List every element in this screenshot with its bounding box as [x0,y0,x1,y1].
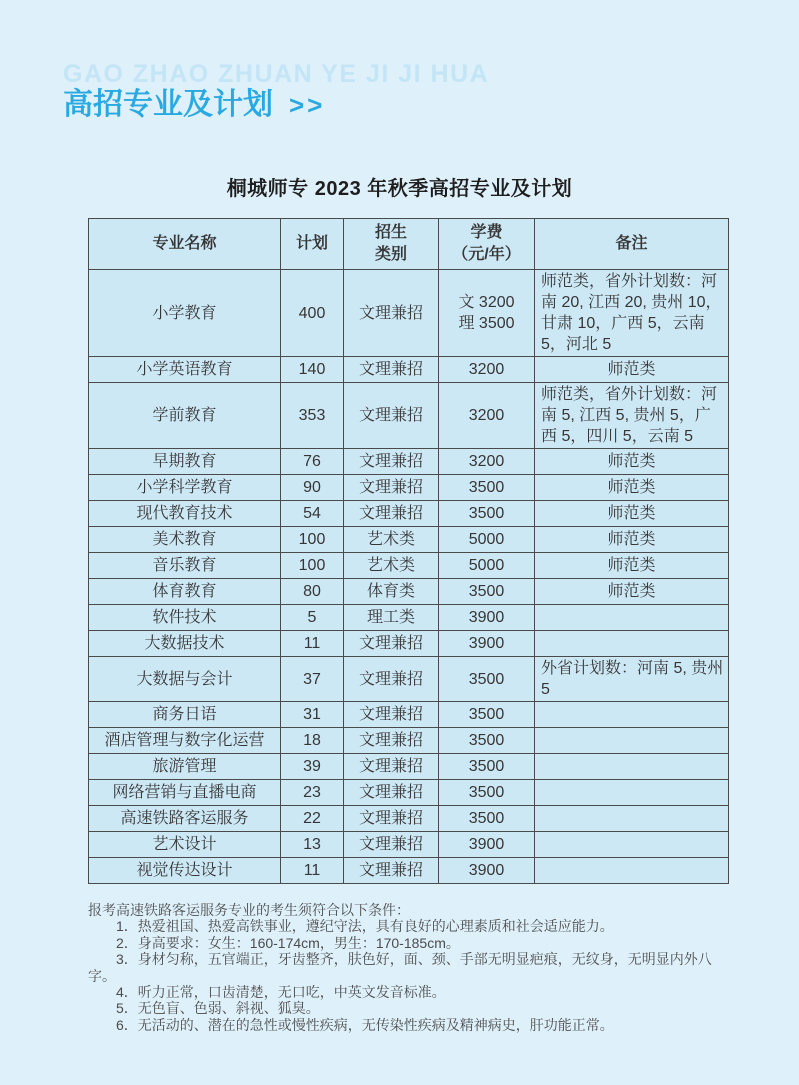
cell-enroll-category: 文理兼招 [344,702,439,728]
cell-major-name: 美术教育 [89,527,281,553]
table-header-row: 专业名称 计划 招生 类别 学费 （元/年） 备注 [89,219,729,270]
cell-enroll-category: 文理兼招 [344,449,439,475]
cell-plan-count: 400 [281,270,344,357]
cell-remark: 师范类 [535,579,729,605]
cell-tuition: 3900 [439,858,535,884]
cell-major-name: 高速铁路客运服务 [89,806,281,832]
table-row: 小学教育400文理兼招文 3200 理 3500师范类，省外计划数：河南 20,… [89,270,729,357]
cell-major-name: 酒店管理与数字化运营 [89,728,281,754]
cell-major-name: 旅游管理 [89,754,281,780]
col-header-category: 招生 类别 [344,219,439,270]
note-item: 2．身高要求：女生：160-174cm，男生：170-185cm。 [88,935,720,951]
cell-enroll-category: 体育类 [344,579,439,605]
table-row: 软件技术5理工类3900 [89,605,729,631]
cell-tuition: 3500 [439,579,535,605]
cell-plan-count: 140 [281,357,344,383]
cell-plan-count: 80 [281,579,344,605]
cell-enroll-category: 文理兼招 [344,657,439,702]
table-row: 小学英语教育140文理兼招3200师范类 [89,357,729,383]
table-row: 体育教育80体育类3500师范类 [89,579,729,605]
cell-remark: 外省计划数：河南 5, 贵州 5 [535,657,729,702]
cell-enroll-category: 理工类 [344,605,439,631]
table-header: 专业名称 计划 招生 类别 学费 （元/年） 备注 [89,219,729,270]
header-watermark-pinyin: GAO ZHAO ZHUAN YE JI JI HUA [63,62,489,87]
admission-plan-table-wrap: 专业名称 计划 招生 类别 学费 （元/年） 备注 小学教育400文理兼招文 3… [88,218,728,884]
cell-major-name: 学前教育 [89,383,281,449]
cell-enroll-category: 文理兼招 [344,475,439,501]
table-row: 大数据技术11文理兼招3900 [89,631,729,657]
cell-plan-count: 11 [281,631,344,657]
table-row: 早期教育76文理兼招3200师范类 [89,449,729,475]
table-row: 学前教育353文理兼招3200师范类，省外计划数：河南 5, 江西 5, 贵州 … [89,383,729,449]
cell-plan-count: 90 [281,475,344,501]
cell-plan-count: 13 [281,832,344,858]
table-row: 视觉传达设计11文理兼招3900 [89,858,729,884]
table-row: 大数据与会计37文理兼招3500外省计划数：河南 5, 贵州 5 [89,657,729,702]
cell-major-name: 小学教育 [89,270,281,357]
note-item: 6．无活动的、潜在的急性或慢性疾病，无传染性疾病及精神病史，肝功能正常。 [88,1017,720,1033]
cell-remark [535,631,729,657]
cell-tuition: 3500 [439,501,535,527]
cell-major-name: 现代教育技术 [89,501,281,527]
cell-plan-count: 54 [281,501,344,527]
cell-remark [535,780,729,806]
table-row: 旅游管理39文理兼招3500 [89,754,729,780]
cell-plan-count: 31 [281,702,344,728]
cell-enroll-category: 文理兼招 [344,832,439,858]
table-row: 酒店管理与数字化运营18文理兼招3500 [89,728,729,754]
cell-plan-count: 100 [281,553,344,579]
cell-plan-count: 23 [281,780,344,806]
cell-remark: 师范类 [535,449,729,475]
cell-tuition: 3500 [439,780,535,806]
cell-major-name: 网络营销与直播电商 [89,780,281,806]
cell-enroll-category: 文理兼招 [344,631,439,657]
col-header-major-name: 专业名称 [89,219,281,270]
cell-major-name: 大数据与会计 [89,657,281,702]
cell-tuition: 3500 [439,475,535,501]
cell-remark [535,754,729,780]
cell-enroll-category: 文理兼招 [344,501,439,527]
cell-plan-count: 76 [281,449,344,475]
notes-intro: 报考高速铁路客运服务专业的考生须符合以下条件： [88,902,720,918]
cell-tuition: 3500 [439,657,535,702]
page-header: GAO ZHAO ZHUAN YE JI JI HUA 高招专业及计划 >> [63,62,489,121]
header-title-row: 高招专业及计划 >> [63,88,489,121]
cell-remark [535,702,729,728]
cell-major-name: 小学科学教育 [89,475,281,501]
cell-tuition: 3500 [439,702,535,728]
table-row: 网络营销与直播电商23文理兼招3500 [89,780,729,806]
table-row: 小学科学教育90文理兼招3500师范类 [89,475,729,501]
cell-major-name: 艺术设计 [89,832,281,858]
cell-remark: 师范类 [535,553,729,579]
cell-plan-count: 5 [281,605,344,631]
cell-major-name: 商务日语 [89,702,281,728]
cell-enroll-category: 文理兼招 [344,270,439,357]
table-row: 商务日语31文理兼招3500 [89,702,729,728]
cell-plan-count: 11 [281,858,344,884]
cell-tuition: 3200 [439,357,535,383]
cell-tuition: 3900 [439,631,535,657]
table-row: 美术教育100艺术类5000师范类 [89,527,729,553]
cell-enroll-category: 文理兼招 [344,780,439,806]
note-item: 5．无色盲、色弱、斜视、狐臭。 [88,1000,720,1016]
cell-major-name: 软件技术 [89,605,281,631]
cell-remark: 师范类 [535,527,729,553]
cell-major-name: 体育教育 [89,579,281,605]
cell-enroll-category: 文理兼招 [344,806,439,832]
cell-tuition: 3500 [439,806,535,832]
note-item: 4．听力正常，口齿清楚，无口吃，中英文发音标准。 [88,984,720,1000]
col-header-plan: 计划 [281,219,344,270]
cell-enroll-category: 文理兼招 [344,728,439,754]
note-item: 3．身材匀称，五官端正，牙齿整齐，肤色好，面、颈、手部无明显疤痕，无纹身，无明显… [88,951,720,984]
table-row: 现代教育技术54文理兼招3500师范类 [89,501,729,527]
cell-tuition: 3900 [439,605,535,631]
document-title: 桐城师专 2023 年秋季高招专业及计划 [0,172,799,201]
table-body: 小学教育400文理兼招文 3200 理 3500师范类，省外计划数：河南 20,… [89,270,729,884]
cell-plan-count: 353 [281,383,344,449]
cell-tuition: 5000 [439,553,535,579]
cell-plan-count: 39 [281,754,344,780]
cell-remark: 师范类 [535,501,729,527]
cell-tuition: 3500 [439,728,535,754]
admission-plan-table: 专业名称 计划 招生 类别 学费 （元/年） 备注 小学教育400文理兼招文 3… [88,218,729,884]
section-title: 高招专业及计划 [63,88,273,121]
cell-tuition: 5000 [439,527,535,553]
cell-tuition: 3500 [439,754,535,780]
cell-remark [535,806,729,832]
cell-enroll-category: 艺术类 [344,527,439,553]
cell-remark: 师范类 [535,357,729,383]
cell-remark [535,728,729,754]
cell-enroll-category: 艺术类 [344,553,439,579]
cell-remark [535,858,729,884]
note-item: 1．热爱祖国、热爱高铁事业，遵纪守法，具有良好的心理素质和社会适应能力。 [88,918,720,934]
cell-major-name: 小学英语教育 [89,357,281,383]
cell-enroll-category: 文理兼招 [344,858,439,884]
col-header-remarks: 备注 [535,219,729,270]
table-row: 高速铁路客运服务22文理兼招3500 [89,806,729,832]
cell-enroll-category: 文理兼招 [344,357,439,383]
cell-enroll-category: 文理兼招 [344,754,439,780]
table-row: 艺术设计13文理兼招3900 [89,832,729,858]
col-header-tuition: 学费 （元/年） [439,219,535,270]
cell-tuition: 3200 [439,449,535,475]
cell-remark: 师范类，省外计划数：河南 5, 江西 5, 贵州 5，广西 5，四川 5，云南 … [535,383,729,449]
cell-plan-count: 37 [281,657,344,702]
cell-major-name: 视觉传达设计 [89,858,281,884]
cell-tuition: 3900 [439,832,535,858]
cell-enroll-category: 文理兼招 [344,383,439,449]
cell-major-name: 大数据技术 [89,631,281,657]
cell-tuition: 3200 [439,383,535,449]
cell-remark [535,832,729,858]
footer-notes: 报考高速铁路客运服务专业的考生须符合以下条件： 1．热爱祖国、热爱高铁事业，遵纪… [88,902,720,1033]
cell-major-name: 早期教育 [89,449,281,475]
cell-remark: 师范类 [535,475,729,501]
page: GAO ZHAO ZHUAN YE JI JI HUA 高招专业及计划 >> 桐… [0,0,799,1085]
cell-plan-count: 100 [281,527,344,553]
table-row: 音乐教育100艺术类5000师范类 [89,553,729,579]
cell-plan-count: 22 [281,806,344,832]
cell-remark [535,605,729,631]
chevrons-right-icon: >> [289,90,325,121]
cell-tuition: 文 3200 理 3500 [439,270,535,357]
cell-remark: 师范类，省外计划数：河南 20, 江西 20, 贵州 10，甘肃 10，广西 5… [535,270,729,357]
notes-items: 1．热爱祖国、热爱高铁事业，遵纪守法，具有良好的心理素质和社会适应能力。2．身高… [88,918,720,1033]
cell-major-name: 音乐教育 [89,553,281,579]
cell-plan-count: 18 [281,728,344,754]
